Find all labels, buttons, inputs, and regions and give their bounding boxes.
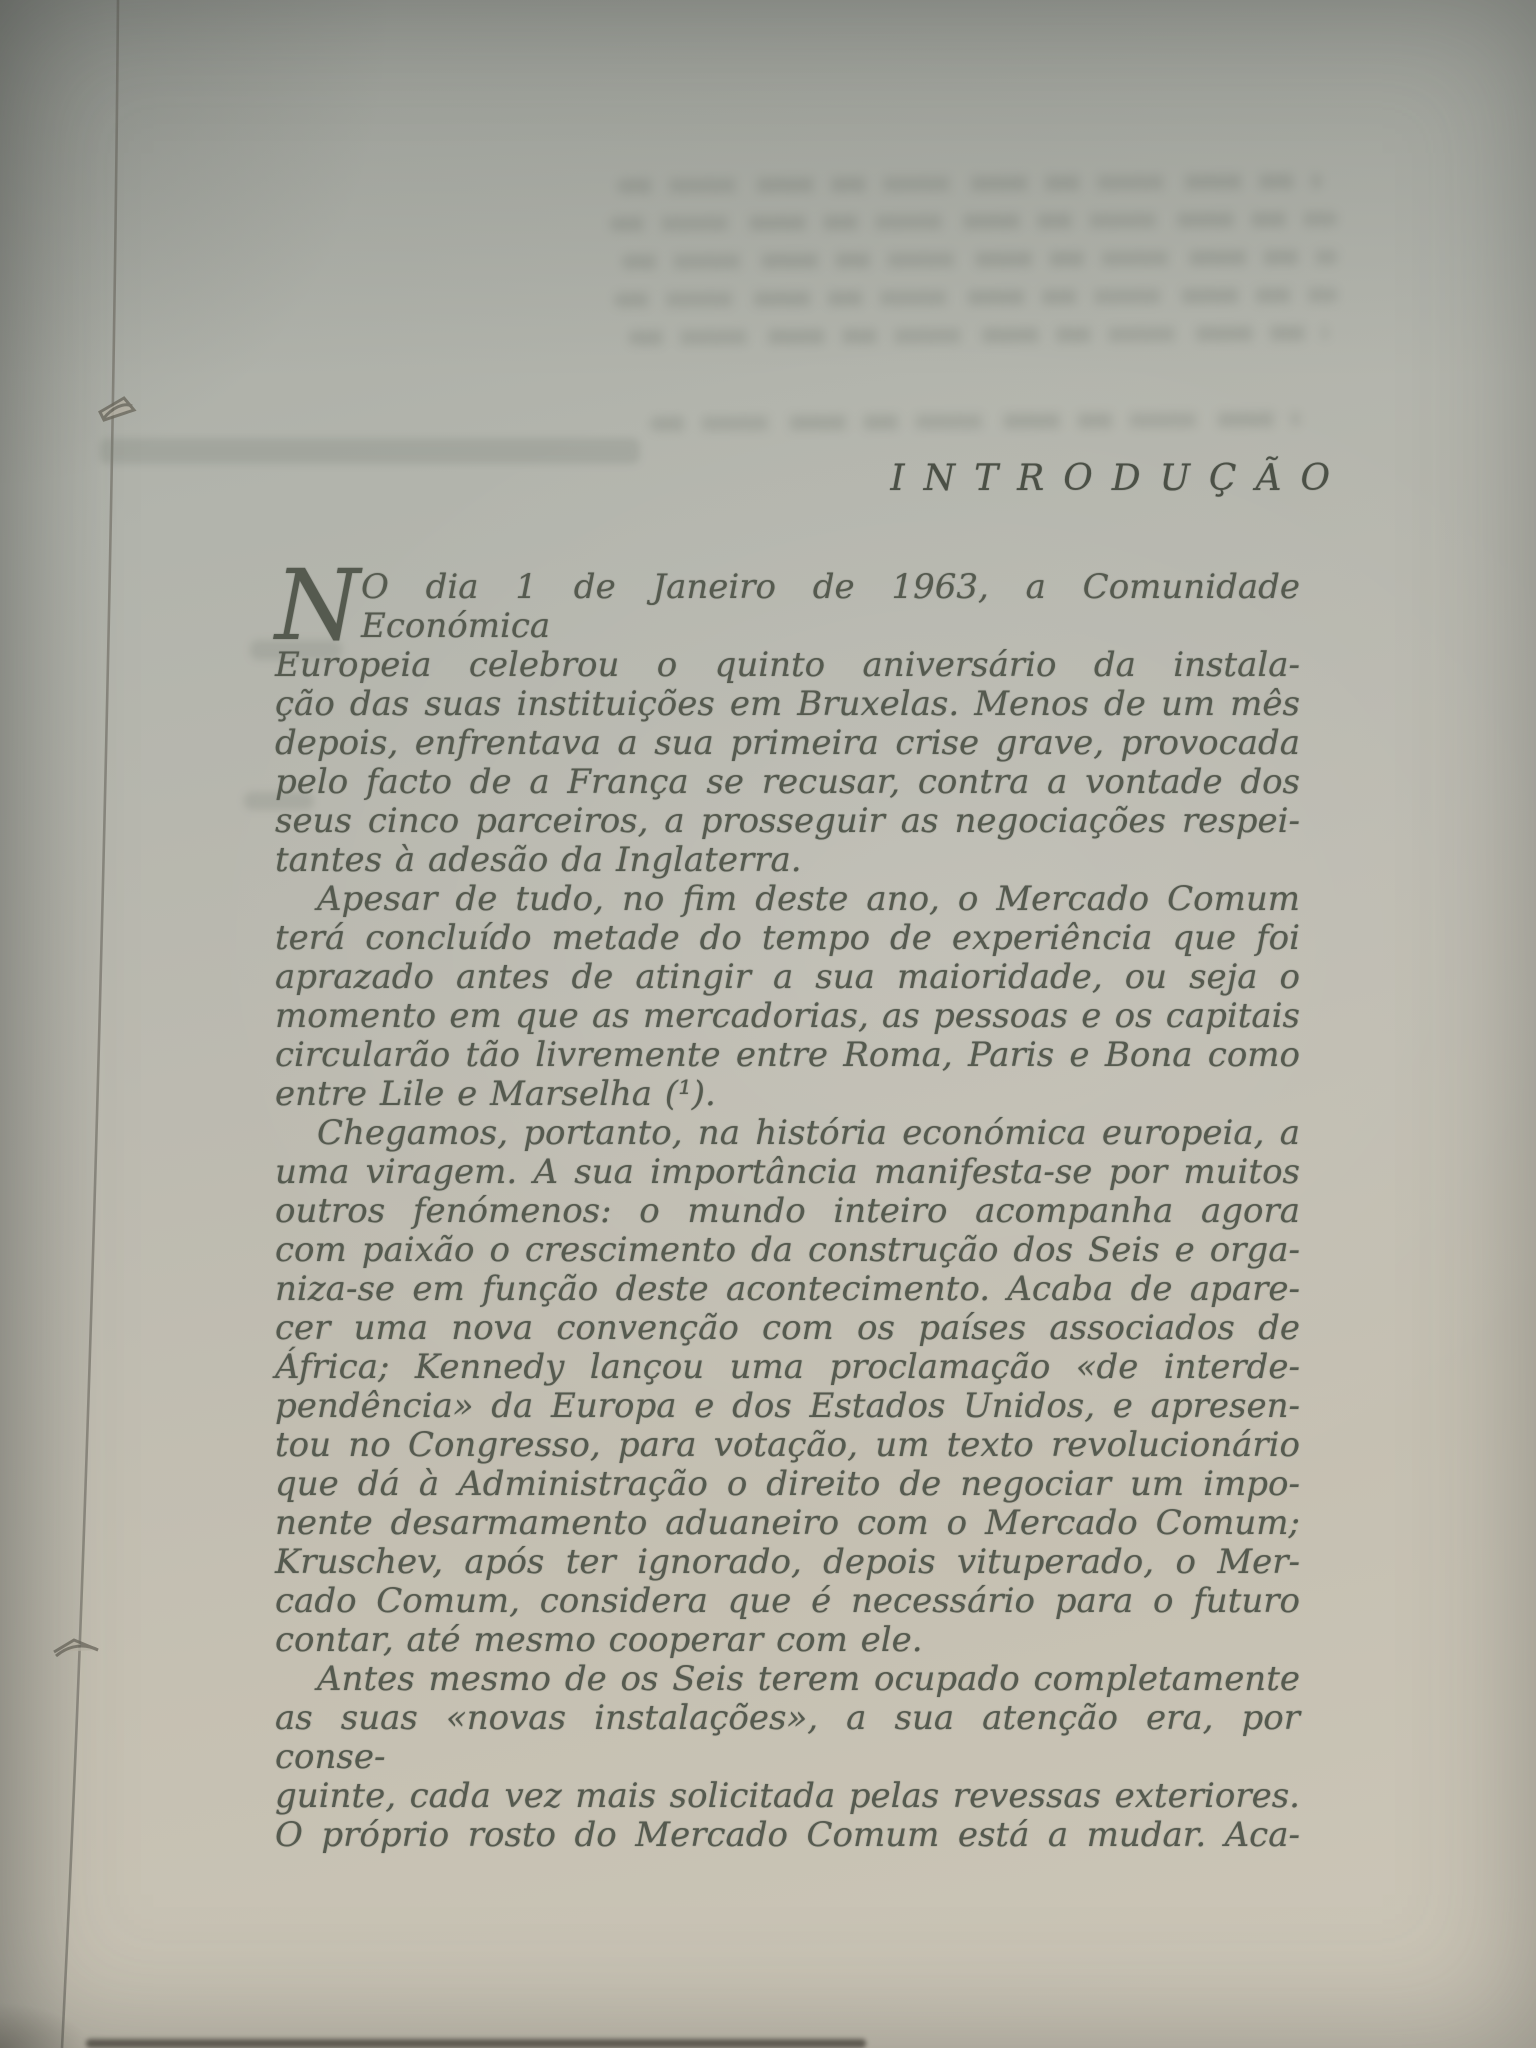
text-line: cado Comum, considera que é necessário p… <box>275 1582 1300 1621</box>
text-line: ção das suas instituições em Bruxelas. M… <box>275 685 1300 724</box>
text-line: com paixão o crescimento da construção d… <box>275 1231 1300 1270</box>
paragraph: Chegamos, portanto, na história económic… <box>275 1114 1300 1660</box>
text-line: momento em que as mercadorias, as pessoa… <box>275 997 1300 1036</box>
text-line: guinte, cada vez mais solicitada pelas r… <box>275 1777 1300 1816</box>
text-line: África; Kennedy lançou uma proclamação «… <box>275 1348 1300 1387</box>
text-line: pendência» da Europa e dos Estados Unido… <box>275 1387 1300 1426</box>
text-line: contar, até mesmo cooperar com ele. <box>275 1621 1300 1660</box>
text-line: niza-se em função deste acontecimento. A… <box>275 1270 1300 1309</box>
text-line: Chegamos, portanto, na história económic… <box>275 1114 1300 1153</box>
text-line: circularão tão livremente entre Roma, Pa… <box>275 1036 1300 1075</box>
text-line: terá concluído metade do tempo de experi… <box>275 919 1300 958</box>
text-line: entre Lile e Marselha (¹). <box>275 1075 1300 1114</box>
text-line: as suas «novas instalações», a sua atenç… <box>275 1699 1300 1777</box>
paragraph: Antes mesmo de os Seis terem ocupado com… <box>275 1660 1300 1855</box>
page-body: NO dia 1 de Janeiro de 1963, a Comunidad… <box>275 568 1300 1855</box>
text-line: pelo facto de a França se recusar, contr… <box>275 763 1300 802</box>
text-line: tantes à adesão da Inglaterra. <box>275 841 1300 880</box>
text-line: uma viragem. A sua importância manifesta… <box>275 1153 1300 1192</box>
text-line: nente desarmamento aduaneiro com o Merca… <box>275 1504 1300 1543</box>
text-line: Antes mesmo de os Seis terem ocupado com… <box>275 1660 1300 1699</box>
text-line: Apesar de tudo, no fim deste ano, o Merc… <box>275 880 1300 919</box>
page-content: INTRODUÇÃO NO dia 1 de Janeiro de 1963, … <box>0 0 1536 2048</box>
book-page-photo: INTRODUÇÃO NO dia 1 de Janeiro de 1963, … <box>0 0 1536 2048</box>
text-line: que dá à Administração o direito de nego… <box>275 1465 1300 1504</box>
paragraph: Apesar de tudo, no fim deste ano, o Merc… <box>275 880 1300 1114</box>
text-line: tou no Congresso, para votação, um texto… <box>275 1426 1300 1465</box>
drop-cap: N <box>275 568 361 646</box>
chapter-title: INTRODUÇÃO <box>275 458 1330 499</box>
paragraph: NO dia 1 de Janeiro de 1963, a Comunidad… <box>275 568 1300 880</box>
chapter-title-text: INTRODUÇÃO <box>890 458 1349 499</box>
text-line: depois, enfrentava a sua primeira crise … <box>275 724 1300 763</box>
text-line: O dia 1 de Janeiro de 1963, a Comunidade… <box>275 568 1300 646</box>
text-line: Kruschev, após ter ignorado, depois vitu… <box>275 1543 1300 1582</box>
text-line: outros fenómenos: o mundo inteiro acompa… <box>275 1192 1300 1231</box>
text-line: aprazado antes de atingir a sua maiorida… <box>275 958 1300 997</box>
text-line: seus cinco parceiros, a prosseguir as ne… <box>275 802 1300 841</box>
text-line: Europeia celebrou o quinto aniversário d… <box>275 646 1300 685</box>
text-line: cer uma nova convenção com os países ass… <box>275 1309 1300 1348</box>
text-line: O próprio rosto do Mercado Comum está a … <box>275 1816 1300 1855</box>
